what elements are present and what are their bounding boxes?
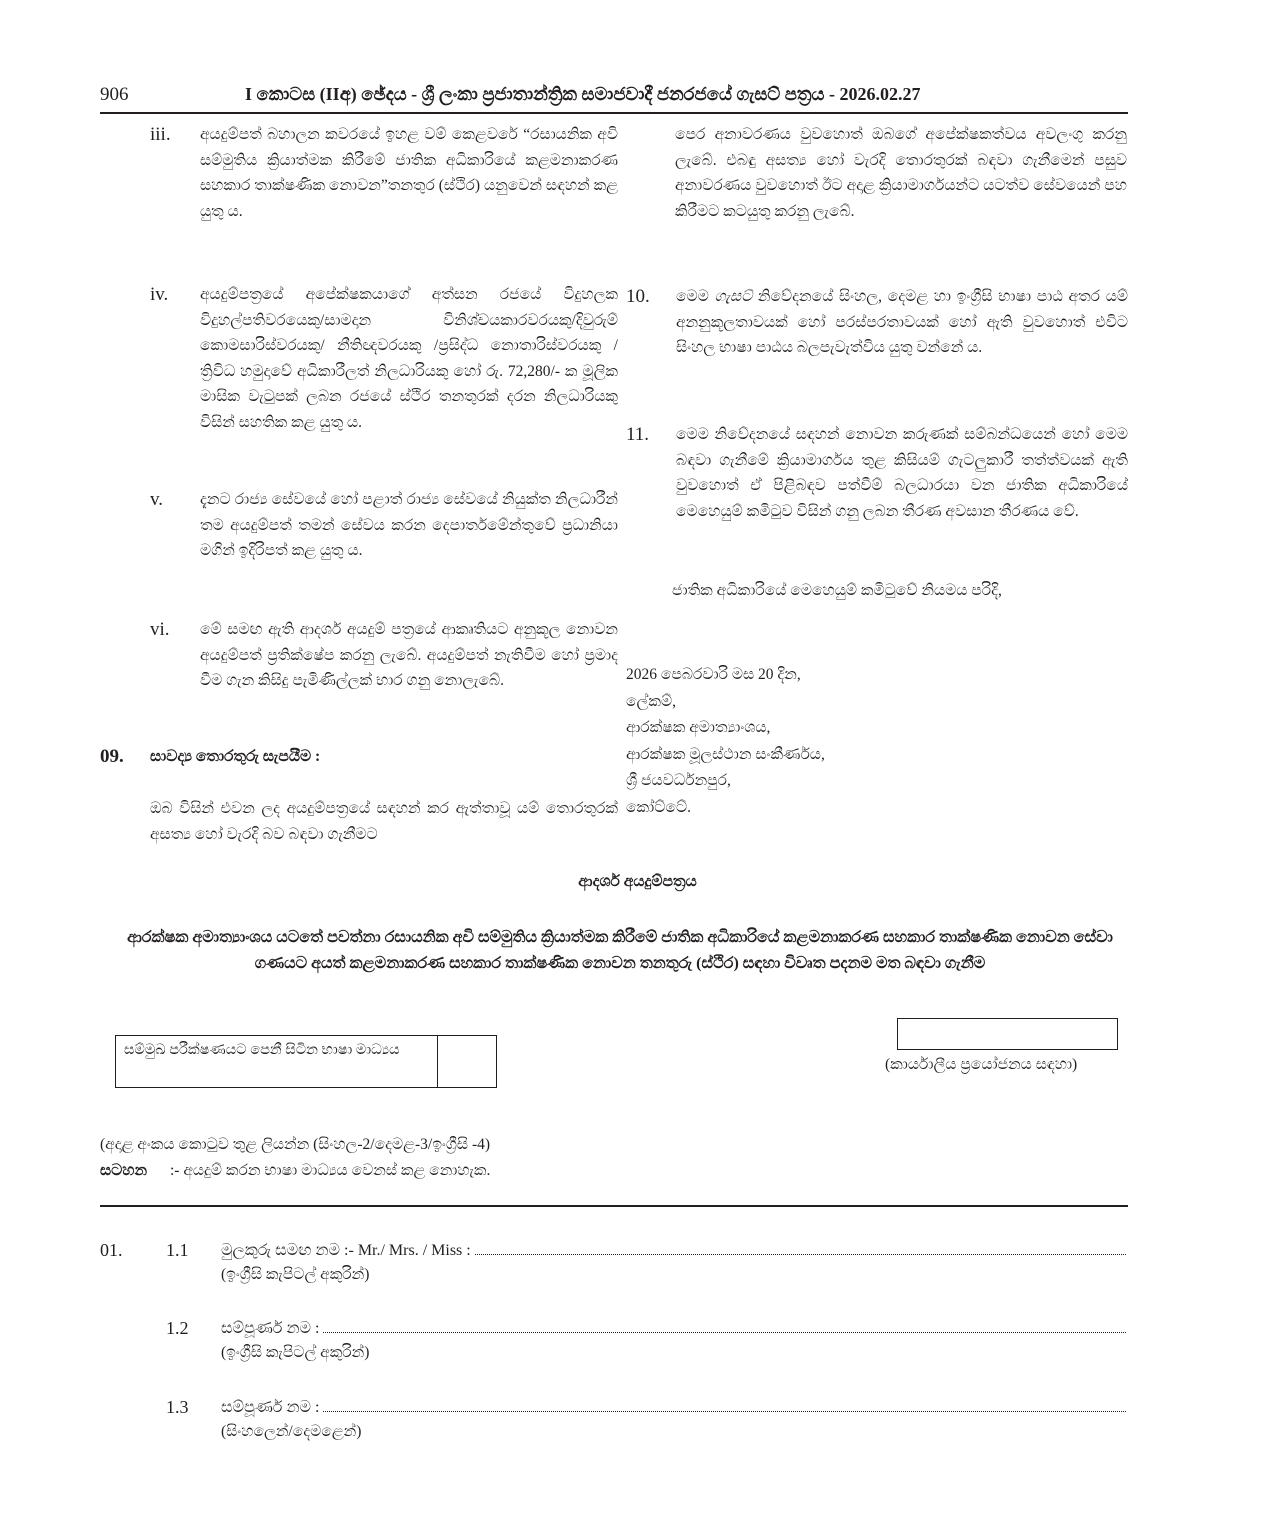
form-subtitle: ආරක්ෂක අමාත්‍යාංශය යටතේ පවත්නා රසායනික අ… [110,925,1130,977]
language-medium-input[interactable] [438,1036,496,1087]
section-heading: සාවද්‍ය තොරතුරු සැපයීම : [150,748,320,766]
language-medium-label: සම්මුඛ පරීක්ෂණයට පෙනී සිටින භාෂා මාධ්‍යය [116,1036,438,1087]
item-label: iii. [150,122,171,148]
name-with-initials-field[interactable] [475,1240,1126,1255]
field-label: සම්පූර්ණ නම : [221,1399,319,1417]
running-title: I කොටස (IIඅ) ඡේදය - ශ්‍රී ලංකා ප්‍රජාතාන… [245,84,920,105]
sub-number: 1.2 [166,1318,189,1339]
form-title: ආදර්ශ අයදුම්පත්‍රය [0,873,1275,891]
address-block: 2026 පෙබරවාරි මස 20 දින, ලේකම්, ආරක්ෂක අ… [626,662,825,821]
address-line: ආරක්ෂක මූලස්ථාන සංකීර්ණය, [626,742,825,769]
section-number: 10. [626,284,650,310]
note-label: සටහන [100,1158,170,1184]
office-use-box[interactable] [897,1018,1118,1050]
note-line: සටහන:- අයදුම් කරන භාෂා මාධ්‍යය වෙනස් කළ … [100,1158,490,1184]
field-hint: (සිංහලෙන්/දෙමළෙන්) [221,1423,361,1441]
item-label: vi. [150,617,170,643]
item-text: අයදුම්පත් බහාලන කවරයේ ඉහළ වම් කෙළවරේ “රස… [200,122,618,224]
field-hint: (ඉංග්‍රීසි කැපිටල් අකුරින්) [221,1344,369,1362]
item-label: iv. [150,282,168,308]
header-rule [100,112,1128,114]
item-label: v. [150,487,163,513]
sub-number: 1.1 [166,1240,189,1261]
section-09-body: ඔබ විසින් එවන ලද අයදුම්පත්‍රයේ සඳහන් කර … [150,796,618,847]
section-number: 09. [100,746,124,768]
sign-off: ජාතික අධිකාරියේ මෙහෙයුම් කමිටුවේ නියමය ප… [672,582,1002,600]
question-number: 01. [100,1240,123,1261]
language-medium-box: සම්මුඛ පරීක්ෂණයට පෙනී සිටින භාෂා මාධ්‍යය [115,1035,497,1088]
field-label-row: සම්පූර්ණ නම : [221,1397,1126,1417]
field-label: මුලකුරු සමඟ නම :- Mr./ Mrs. / Miss : [221,1242,471,1260]
field-label-row: සම්පූර්ණ නම : [221,1318,1126,1338]
instruction-line: (අදාළ අංකය කොටුව තුළ ලියන්න (සිංහල-2/දෙම… [100,1132,490,1158]
field-hint: (ඉංග්‍රීසි කැපිටල් අකුරින්) [221,1266,369,1284]
sub-number: 1.3 [166,1397,189,1418]
note-text: :- අයදුම් කරන භාෂා මාධ්‍යය වෙනස් කළ නොහැ… [170,1162,490,1179]
full-name-english-field[interactable] [323,1318,1126,1333]
section-text: මෙම නිවේදනයේ සඳහන් නොවන කරුණක් සම්බන්ධයෙ… [676,422,1128,524]
section-text: මෙම ගැසට් නිවේදනයේ සිංහල, දෙමළ හා ඉංග්‍ර… [676,284,1128,361]
section-number: 11. [626,422,649,448]
office-use-label: (කාර්යාලීය ප්‍රයෝජනය සඳහා) [885,1056,1077,1074]
date-line: 2026 පෙබරවාරි මස 20 දින, [626,662,825,689]
address-line: කෝට්ටේ. [626,795,825,822]
item-text: දැනට රාජ්‍ය සේවයේ හෝ පළාත් රාජ්‍ය සේවයේ … [200,487,618,564]
section-09-body-continued: පෙර අනාවරණය වුවහොත් ඔබගේ අපේක්ෂකත්වය අවල… [675,122,1127,224]
form-divider [100,1205,1128,1207]
item-text: මේ සමඟ ඇති ආදර්ශ අයදුම් පත්‍රයේ ආකෘතියට … [200,617,618,694]
address-line: ශ්‍රී ජයවර්ධනපුර, [626,768,825,795]
address-line: ලේකම්, [626,689,825,716]
instructions: (අදාළ අංකය කොටුව තුළ ලියන්න (සිංහල-2/දෙම… [100,1132,490,1184]
gazette-word: ගැසට් [715,288,753,305]
full-name-sinhala-tamil-field[interactable] [323,1397,1126,1412]
item-text: අයදුම්පත්‍රයේ අපේක්ෂකයාගේ අත්සන රජයේ විද… [200,282,618,435]
page-number: 906 [100,84,129,106]
field-label: සම්පූර්ණ නම : [221,1320,319,1338]
field-label-row: මුලකුරු සමඟ නම :- Mr./ Mrs. / Miss : [221,1240,1126,1260]
text-part: මෙම [676,288,715,305]
address-line: ආරක්ෂක අමාත්‍යාංශය, [626,715,825,742]
page-header: 906 I කොටස (IIඅ) ඡේදය - ශ්‍රී ලංකා ප්‍රජ… [100,84,1128,112]
